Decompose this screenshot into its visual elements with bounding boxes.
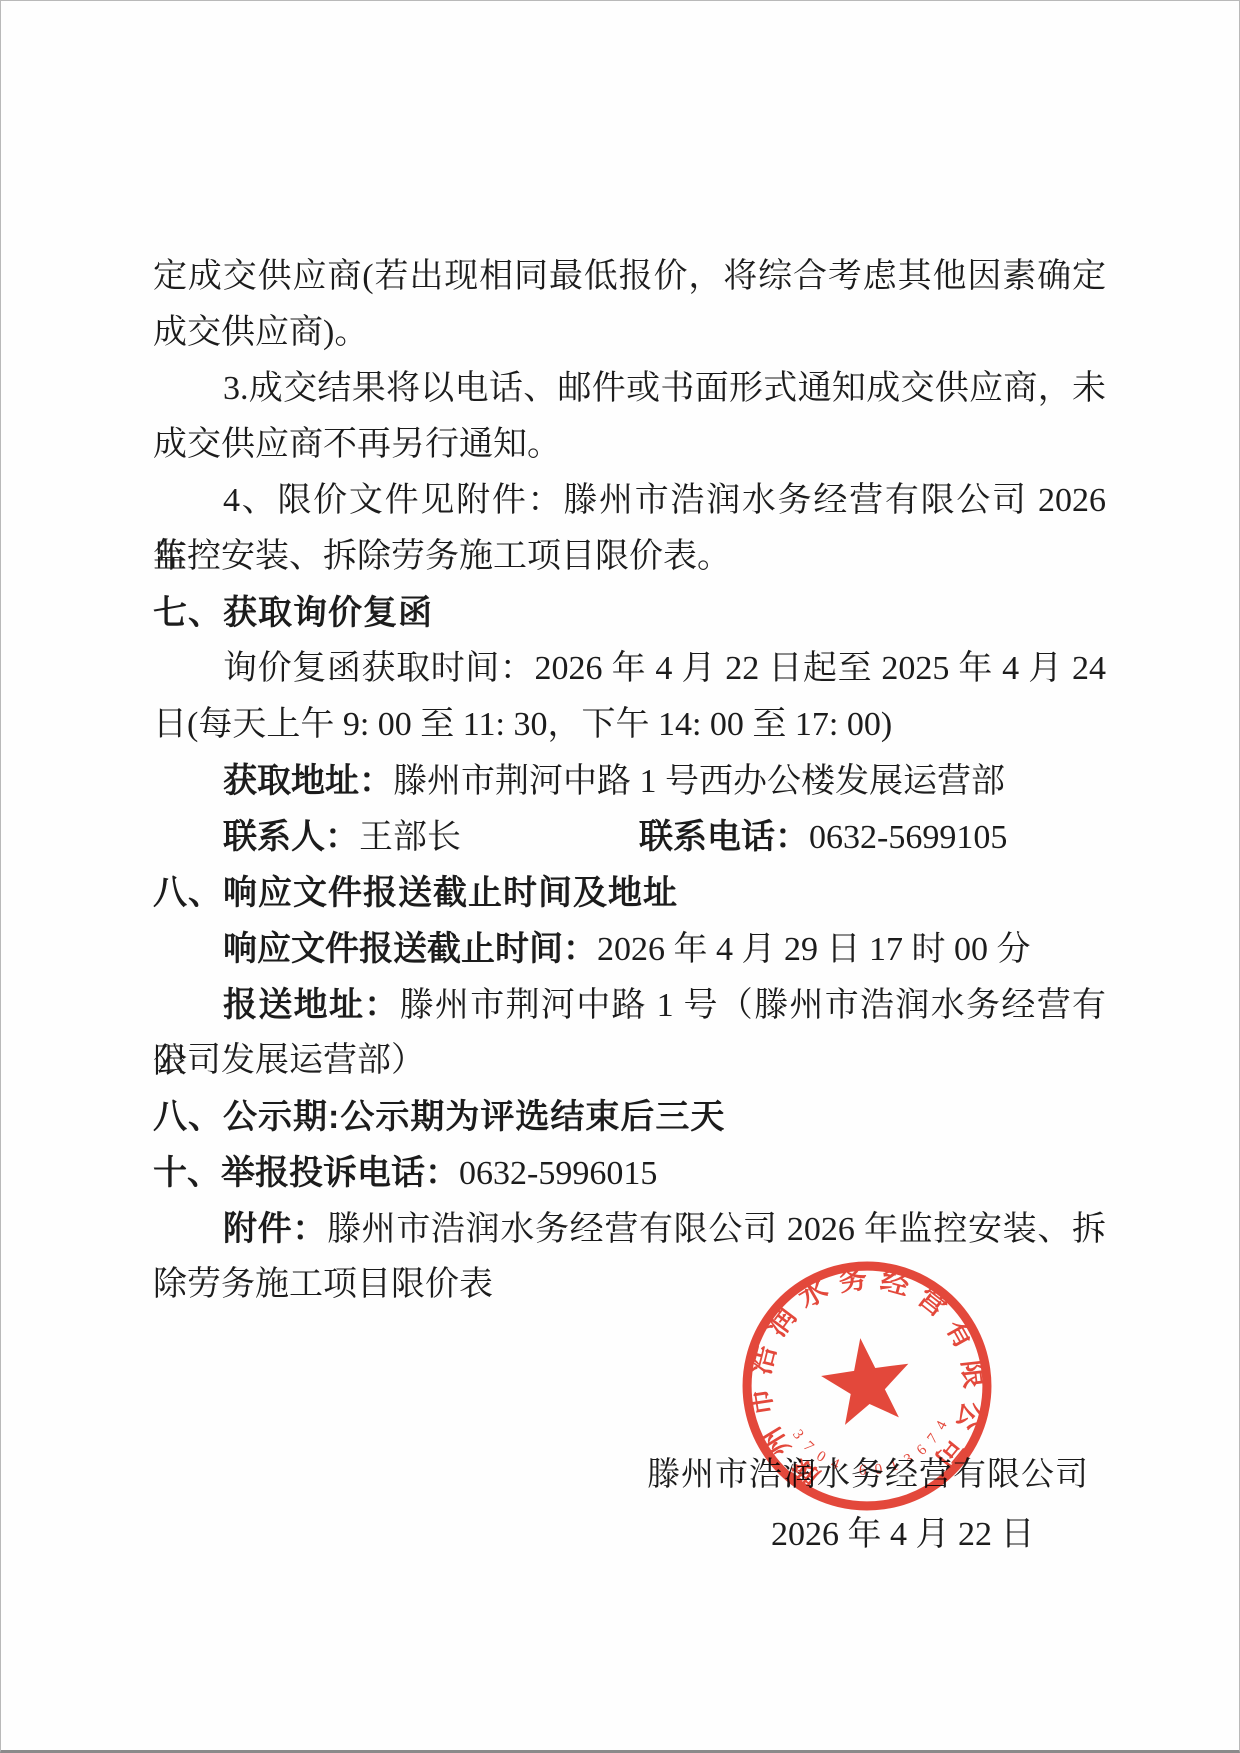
- submit-address-label: 报送地址：: [223, 986, 400, 1024]
- pickup-address-label: 获取地址：: [223, 762, 393, 800]
- contact-line: 联系人：王部长联系电话：0632-5699105: [153, 809, 1106, 865]
- phone-label: 联系电话：: [639, 818, 809, 856]
- document-body: 定成交供应商(若出现相同最低报价，将综合考虑其他因素确定 成交供应商)。 3.成…: [153, 249, 1106, 1313]
- company-seal: 滕州市浩润水务经营有限公司 3704 6013674: [719, 1238, 1015, 1534]
- reply-time-value: 2026 年 4 月 22 日起至 2025 年 4 月 24: [535, 650, 1106, 687]
- contact-value: 王部长: [359, 819, 461, 856]
- pickup-address-value: 滕州市荆河中路 1 号西办公楼发展运营部: [393, 763, 1005, 800]
- body-line-5: 4、限价文件见附件：滕州市浩润水务经营有限公司 2026 年: [153, 473, 1106, 529]
- body-line-2: 成交供应商)。: [153, 305, 1106, 361]
- reply-time-line: 询价复函获取时间：2026 年 4 月 22 日起至 2025 年 4 月 24: [153, 641, 1106, 697]
- deadline-line: 响应文件报送截止时间：2026 年 4 月 29 日 17 时 00 分: [153, 921, 1106, 977]
- contact-label: 联系人：: [223, 818, 359, 856]
- report-phone-line: 十、举报投诉电话：0632-5996015: [153, 1145, 1106, 1201]
- deadline-label: 响应文件报送截止时间：: [223, 930, 597, 968]
- report-phone-label: 十、举报投诉电话：: [153, 1154, 459, 1192]
- submit-address-line: 报送地址：滕州市荆河中路 1 号（滕州市浩润水务经营有限: [153, 977, 1106, 1033]
- reply-time-line-2: 日(每天上午 9: 00 至 11: 30，下午 14: 00 至 17: 00…: [153, 697, 1106, 753]
- attachment-label: 附件：: [223, 1210, 327, 1248]
- section-heading-7: 七、获取询价复函: [153, 585, 1106, 641]
- section-heading-8: 八、响应文件报送截止时间及地址: [153, 865, 1106, 921]
- pickup-address-line: 获取地址：滕州市荆河中路 1 号西办公楼发展运营部: [153, 753, 1106, 809]
- body-line-6: 监控安装、拆除劳务施工项目限价表。: [153, 529, 1106, 585]
- body-line-3: 3.成交结果将以电话、邮件或书面形式通知成交供应商，未: [153, 361, 1106, 417]
- deadline-value: 2026 年 4 月 29 日 17 时 00 分: [597, 931, 1031, 968]
- section-heading-publicity: 八、公示期:公示期为评选结束后三天: [153, 1089, 1106, 1145]
- document-page: 定成交供应商(若出现相同最低报价，将综合考虑其他因素确定 成交供应商)。 3.成…: [0, 0, 1240, 1753]
- seal-star-icon: [817, 1332, 916, 1427]
- attachment-value: 滕州市浩润水务经营有限公司 2026 年监控安装、拆: [327, 1211, 1106, 1248]
- body-line-4: 成交供应商不再另行通知。: [153, 417, 1106, 473]
- body-line-1: 定成交供应商(若出现相同最低报价，将综合考虑其他因素确定: [153, 249, 1106, 305]
- report-phone-value: 0632-5996015: [459, 1155, 657, 1192]
- submit-address-line-2: 公司发展运营部）: [153, 1033, 1106, 1089]
- phone-value: 0632-5699105: [809, 819, 1007, 856]
- reply-time-label: 询价复函获取时间：: [223, 650, 535, 687]
